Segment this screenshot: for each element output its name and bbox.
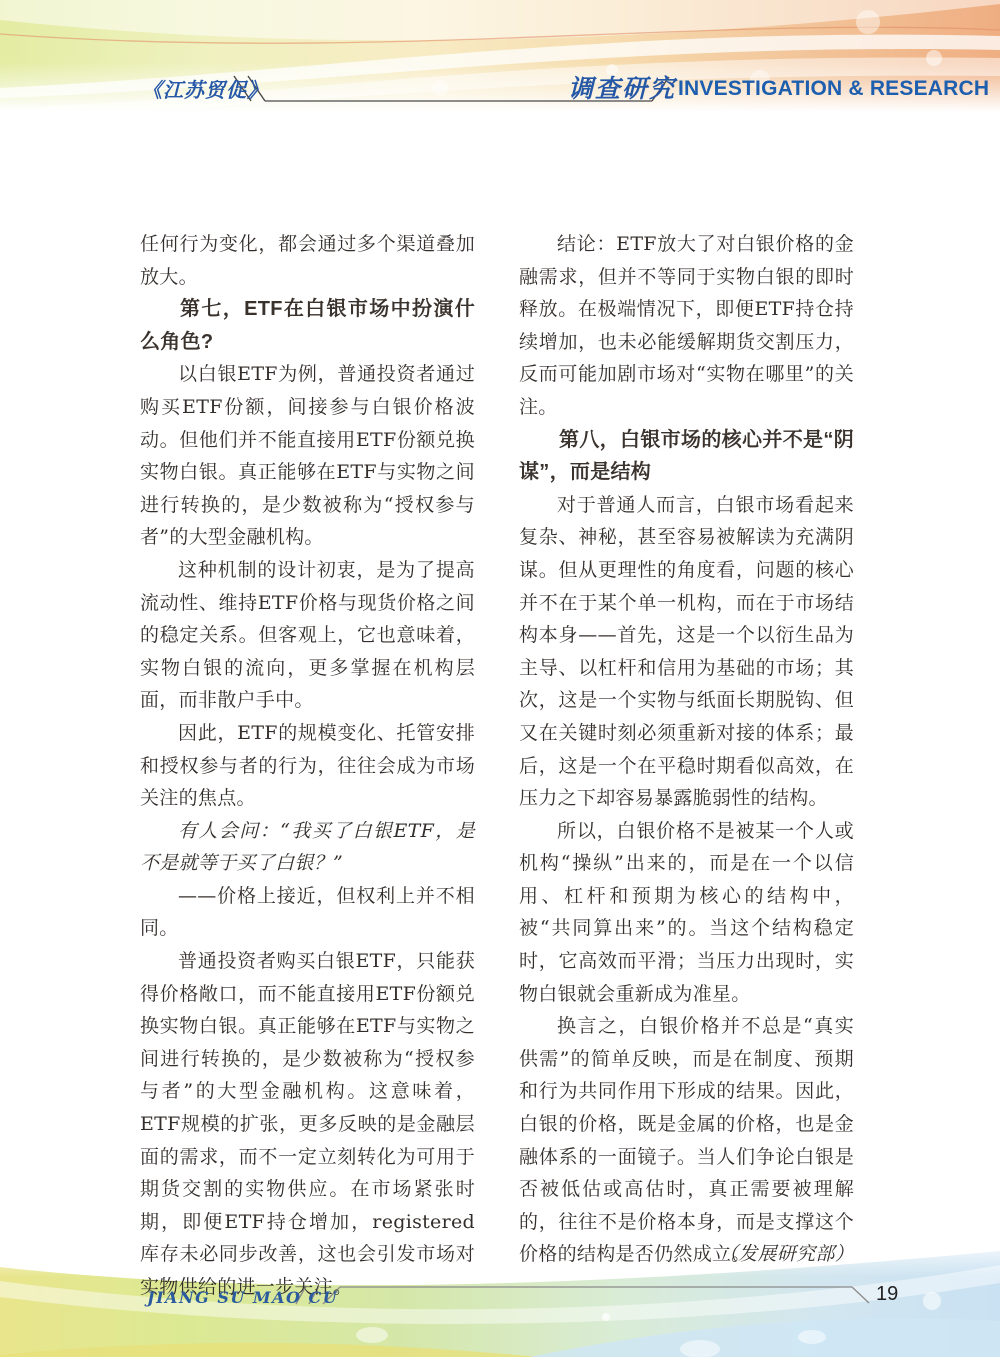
paragraph: 换言之，白银价格并不总是“真实供需”的简单反映，而是在制度、预期和行为共同作用下… [519, 1010, 854, 1271]
paragraph: 以白银ETF为例，普通投资者通过购买ETF份额，间接参与白银价格波动。但他们并不… [140, 358, 475, 554]
section-title-chinese: 调查研究 [568, 69, 676, 105]
paragraph: 这种机制的设计初衷，是为了提高流动性、维持ETF价格与现货价格之间的稳定关系。但… [140, 554, 475, 717]
paragraph: 所以，白银价格不是被某一个人或机构“操纵”出来的，而是在一个以信用、杠杆和预期为… [519, 815, 854, 1011]
paragraph: 普通投资者购买白银ETF，只能获得价格敞口，而不能直接用ETF份额兑换实物白银。… [140, 945, 475, 1304]
section-heading-8: 第八，白银市场的核心并不是“阴谋”，而是结构 [519, 424, 854, 489]
paragraph: ——价格上接近，但权利上并不相同。 [140, 880, 475, 945]
magazine-logo: 《江苏贸促》 [142, 74, 268, 103]
paragraph: 对于普通人而言，白银市场看起来复杂、神秘，甚至容易被解读为充满阴谋。但从更理性的… [519, 489, 854, 815]
paragraph-text: 换言之，白银价格并不总是“真实供需”的简单反映，而是在制度、预期和行为共同作用下… [519, 1015, 854, 1265]
paragraph: 因此，ETF的规模变化、托管安排和授权参与者的行为，往往会成为市场关注的焦点。 [140, 717, 475, 815]
paragraph: 任何行为变化，都会通过多个渠道叠加放大。 [140, 228, 475, 293]
right-column: 结论：ETF放大了对白银价格的金融需求，但并不等同于实物白银的即时释放。在极端情… [519, 228, 854, 1304]
section-heading-7: 第七，ETF在白银市场中扮演什么角色? [140, 293, 475, 358]
section-title-english: INVESTIGATION & RESEARCH [678, 77, 989, 101]
left-column: 任何行为变化，都会通过多个渠道叠加放大。 第七，ETF在白银市场中扮演什么角色?… [140, 228, 475, 1304]
reader-question: 有人会问：“我买了白银ETF，是不是就等于买了白银？” [140, 815, 475, 880]
paragraph: 结论：ETF放大了对白银价格的金融需求，但并不等同于实物白银的即时释放。在极端情… [519, 228, 854, 424]
page-number: 19 [876, 1283, 898, 1306]
article-body: 任何行为变化，都会通过多个渠道叠加放大。 第七，ETF在白银市场中扮演什么角色?… [140, 228, 854, 1304]
department-signature: （发展研究部） [681, 1238, 854, 1271]
journal-name-footer: JIANG SU MAO CU [147, 1288, 338, 1307]
magazine-page: 《江苏贸促》 调查研究 INVESTIGATION & RESEARCH 任何行… [0, 0, 1000, 1357]
